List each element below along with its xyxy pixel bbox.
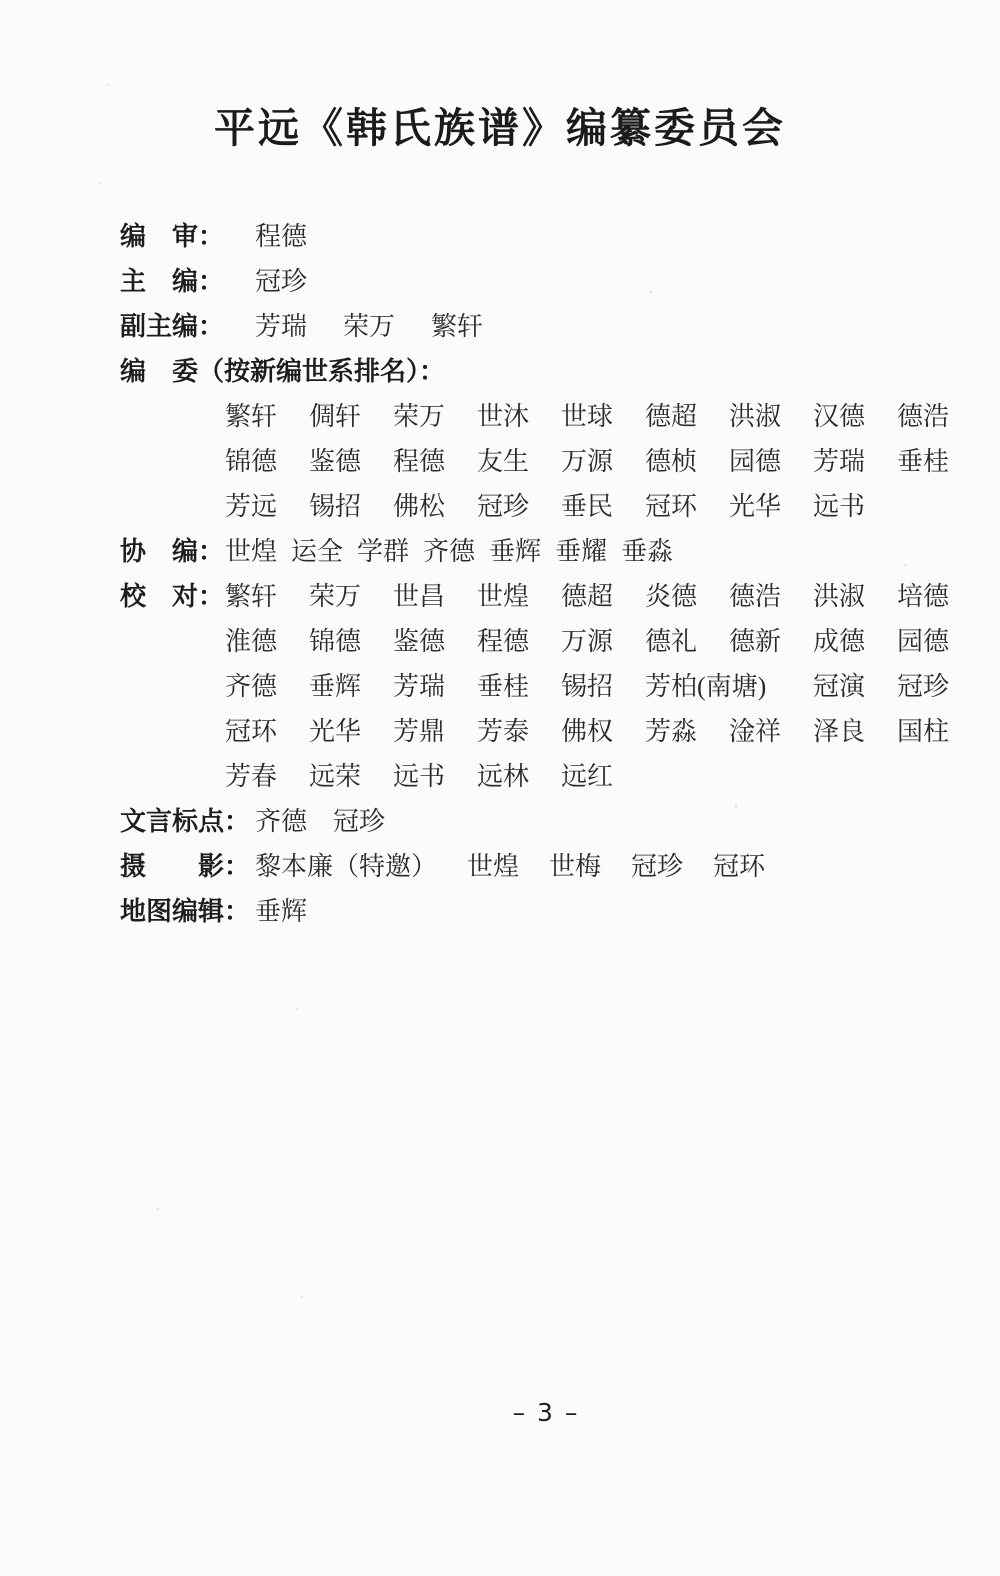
person-name: 友生 xyxy=(477,439,561,484)
person-name: 繁轩 xyxy=(225,574,309,619)
person-name: 荣万 xyxy=(309,574,393,619)
names-zhubian: 冠珍 xyxy=(255,259,307,304)
row-chief-editor: 主 编： 冠珍 xyxy=(120,259,986,304)
person-name: 鉴德 xyxy=(393,619,477,664)
names-bianwei-row2: 锦德 鉴德 程德 友生 万源 德桢 园德 芳瑞 垂桂 xyxy=(225,439,981,484)
row-committee-members-2: 锦德 鉴德 程德 友生 万源 德桢 园德 芳瑞 垂桂 xyxy=(120,439,986,484)
person-name: 国柱 xyxy=(897,709,981,754)
person-name: 德新 xyxy=(729,619,813,664)
role-label-ditu: 地图编辑： xyxy=(120,889,255,934)
person-name: 冠珍 xyxy=(333,799,385,844)
person-name: 远书 xyxy=(393,754,477,799)
committee-list: 编 审： 程德 主 编： 冠珍 副主编： 芳瑞 荣万 繁轩 编 委（按新编世系排… xyxy=(120,214,986,934)
person-name: 冠环 xyxy=(645,484,729,529)
role-label-wenyan: 文言标点： xyxy=(120,799,255,844)
person-name: 锦德 xyxy=(225,439,309,484)
person-name: 倜轩 xyxy=(309,394,393,439)
person-name: 芳淼 xyxy=(645,709,729,754)
row-deputy-chief-editor: 副主编： 芳瑞 荣万 繁轩 xyxy=(120,304,986,349)
person-name: 洪淑 xyxy=(729,394,813,439)
person-name: 园德 xyxy=(897,619,981,664)
row-photography: 摄 影： 黎本廉（特邀） 世煌 世梅 冠珍 冠环 xyxy=(120,844,986,889)
person-name: 齐德 xyxy=(255,799,307,844)
person-name: 万源 xyxy=(561,619,645,664)
person-name: 培德 xyxy=(897,574,981,619)
person-name: 世昌 xyxy=(393,574,477,619)
person-name: 光华 xyxy=(729,484,813,529)
person-name: 垂桂 xyxy=(477,664,561,709)
person-name: 冠珍 xyxy=(631,844,683,889)
person-name: 佛权 xyxy=(561,709,645,754)
row-committee-header: 编 委（按新编世系排名）： xyxy=(120,349,986,394)
role-label-fuzhubian: 副主编： xyxy=(120,304,255,349)
person-name: 德浩 xyxy=(729,574,813,619)
person-name: 世球 xyxy=(561,394,645,439)
row-committee-members-1: 繁轩 倜轩 荣万 世沐 世球 德超 洪淑 汉德 德浩 xyxy=(120,394,986,439)
role-label-xiebian: 协 编： xyxy=(120,529,225,574)
person-name: 万源 xyxy=(561,439,645,484)
names-jiaodui-row1: 繁轩 荣万 世昌 世煌 德超 炎德 德浩 洪淑 培德 xyxy=(225,574,981,619)
person-name: 光华 xyxy=(309,709,393,754)
person-name: 垂辉 xyxy=(255,889,307,934)
person-name: 芳春 xyxy=(225,754,309,799)
row-proofreaders-1: 校 对： 繁轩 荣万 世昌 世煌 德超 炎德 德浩 洪淑 培德 xyxy=(120,574,986,619)
person-name: 冠珍 xyxy=(255,259,307,304)
person-name: 垂桂 xyxy=(897,439,981,484)
page-number: – 3 – xyxy=(0,1398,1000,1427)
row-proofreaders-3: 齐德 垂辉 芳瑞 垂桂 锡招 芳柏(南塘) 冠演 冠珍 xyxy=(120,664,986,709)
person-name: 运全 xyxy=(291,529,343,574)
person-name: 冠珍 xyxy=(477,484,561,529)
role-label-zhubian: 主 编： xyxy=(120,259,255,304)
person-name: 世煌 xyxy=(467,844,519,889)
names-bianshen: 程德 xyxy=(255,214,307,259)
person-name: 芳远 xyxy=(225,484,309,529)
row-editor-reviewer: 编 审： 程德 xyxy=(120,214,986,259)
person-name: 芳瑞 xyxy=(813,439,897,484)
person-name: 程德 xyxy=(255,214,307,259)
row-co-editors: 协 编： 世煌 运全 学群 齐德 垂辉 垂耀 垂淼 xyxy=(120,529,986,574)
person-name: 芳瑞 xyxy=(255,304,307,349)
person-name: 炎德 xyxy=(645,574,729,619)
person-name: 齐德 xyxy=(225,664,309,709)
person-name: 世梅 xyxy=(549,844,601,889)
person-name: 淦祥 xyxy=(729,709,813,754)
person-name: 垂辉 xyxy=(309,664,393,709)
person-name: 芳柏(南塘) xyxy=(645,664,813,709)
row-classical-punctuation: 文言标点： 齐德 冠珍 xyxy=(120,799,986,844)
person-name: 淮德 xyxy=(225,619,309,664)
person-name: 冠演 xyxy=(813,664,897,709)
person-name: 荣万 xyxy=(393,394,477,439)
person-name: 荣万 xyxy=(343,304,395,349)
person-name: 成德 xyxy=(813,619,897,664)
names-ditu: 垂辉 xyxy=(255,889,307,934)
names-jiaodui-row2: 淮德 锦德 鉴德 程德 万源 德礼 德新 成德 园德 xyxy=(225,619,981,664)
person-name: 繁轩 xyxy=(431,304,483,349)
person-name: 远红 xyxy=(561,754,645,799)
person-name: 远林 xyxy=(477,754,561,799)
row-committee-members-3: 芳远 锡招 佛松 冠珍 垂民 冠环 光华 远书 xyxy=(120,484,986,529)
role-label-sheying: 摄 影： xyxy=(120,844,255,889)
person-name: 繁轩 xyxy=(225,394,309,439)
person-name: 德超 xyxy=(561,574,645,619)
person-name: 德浩 xyxy=(897,394,981,439)
row-proofreaders-2: 淮德 锦德 鉴德 程德 万源 德礼 德新 成德 园德 xyxy=(120,619,986,664)
person-name: 冠环 xyxy=(225,709,309,754)
person-name: 程德 xyxy=(393,439,477,484)
names-jiaodui-row3: 齐德 垂辉 芳瑞 垂桂 锡招 芳柏(南塘) 冠演 冠珍 xyxy=(225,664,981,709)
role-label-jiaodui: 校 对： xyxy=(120,574,225,619)
names-bianwei-row1: 繁轩 倜轩 荣万 世沐 世球 德超 洪淑 汉德 德浩 xyxy=(225,394,981,439)
person-name: 世沐 xyxy=(477,394,561,439)
person-name: 鉴德 xyxy=(309,439,393,484)
person-name: 园德 xyxy=(729,439,813,484)
document-page: 平远《韩氏族谱》编纂委员会 编 审： 程德 主 编： 冠珍 副主编： 芳瑞 荣万… xyxy=(0,95,1000,934)
person-name: 垂耀 xyxy=(555,529,607,574)
person-name: 冠珍 xyxy=(897,664,981,709)
names-wenyan: 齐德 冠珍 xyxy=(255,799,385,844)
person-name: 世煌 xyxy=(477,574,561,619)
person-name: 垂淼 xyxy=(621,529,673,574)
person-name: 芳泰 xyxy=(477,709,561,754)
person-name: 学群 xyxy=(357,529,409,574)
row-proofreaders-5: 芳春 远荣 远书 远林 远红 xyxy=(120,754,986,799)
names-xiebian: 世煌 运全 学群 齐德 垂辉 垂耀 垂淼 xyxy=(225,529,673,574)
person-name: 垂辉 xyxy=(489,529,541,574)
role-label-bianwei: 编 委（按新编世系排名）： xyxy=(120,349,445,394)
names-bianwei-row3: 芳远 锡招 佛松 冠珍 垂民 冠环 光华 远书 xyxy=(225,484,981,529)
person-name: 锡招 xyxy=(309,484,393,529)
person-name: 程德 xyxy=(477,619,561,664)
row-proofreaders-4: 冠环 光华 芳鼎 芳泰 佛权 芳淼 淦祥 泽良 国柱 xyxy=(120,709,986,754)
person-name: 垂民 xyxy=(561,484,645,529)
names-jiaodui-row4: 冠环 光华 芳鼎 芳泰 佛权 芳淼 淦祥 泽良 国柱 xyxy=(225,709,981,754)
person-name: 佛松 xyxy=(393,484,477,529)
person-name: 齐德 xyxy=(423,529,475,574)
person-name: 洪淑 xyxy=(813,574,897,619)
person-name: 泽良 xyxy=(813,709,897,754)
names-sheying: 黎本廉（特邀） 世煌 世梅 冠珍 冠环 xyxy=(255,844,765,889)
names-jiaodui-row5: 芳春 远荣 远书 远林 远红 xyxy=(225,754,981,799)
person-name: 德超 xyxy=(645,394,729,439)
person-name: 锡招 xyxy=(561,664,645,709)
person-name: 德桢 xyxy=(645,439,729,484)
person-name: 锦德 xyxy=(309,619,393,664)
person-name: 芳瑞 xyxy=(393,664,477,709)
person-name: 世煌 xyxy=(225,529,277,574)
person-name: 黎本廉（特邀） xyxy=(255,844,437,889)
person-name: 远书 xyxy=(813,484,897,529)
person-name: 远荣 xyxy=(309,754,393,799)
names-fuzhubian: 芳瑞 荣万 繁轩 xyxy=(255,304,483,349)
person-name: 芳鼎 xyxy=(393,709,477,754)
person-name: 汉德 xyxy=(813,394,897,439)
role-label-bianshen: 编 审： xyxy=(120,214,255,259)
person-name: 冠环 xyxy=(713,844,765,889)
row-map-editor: 地图编辑： 垂辉 xyxy=(120,889,986,934)
person-name: 德礼 xyxy=(645,619,729,664)
page-title: 平远《韩氏族谱》编纂委员会 xyxy=(0,95,1000,154)
